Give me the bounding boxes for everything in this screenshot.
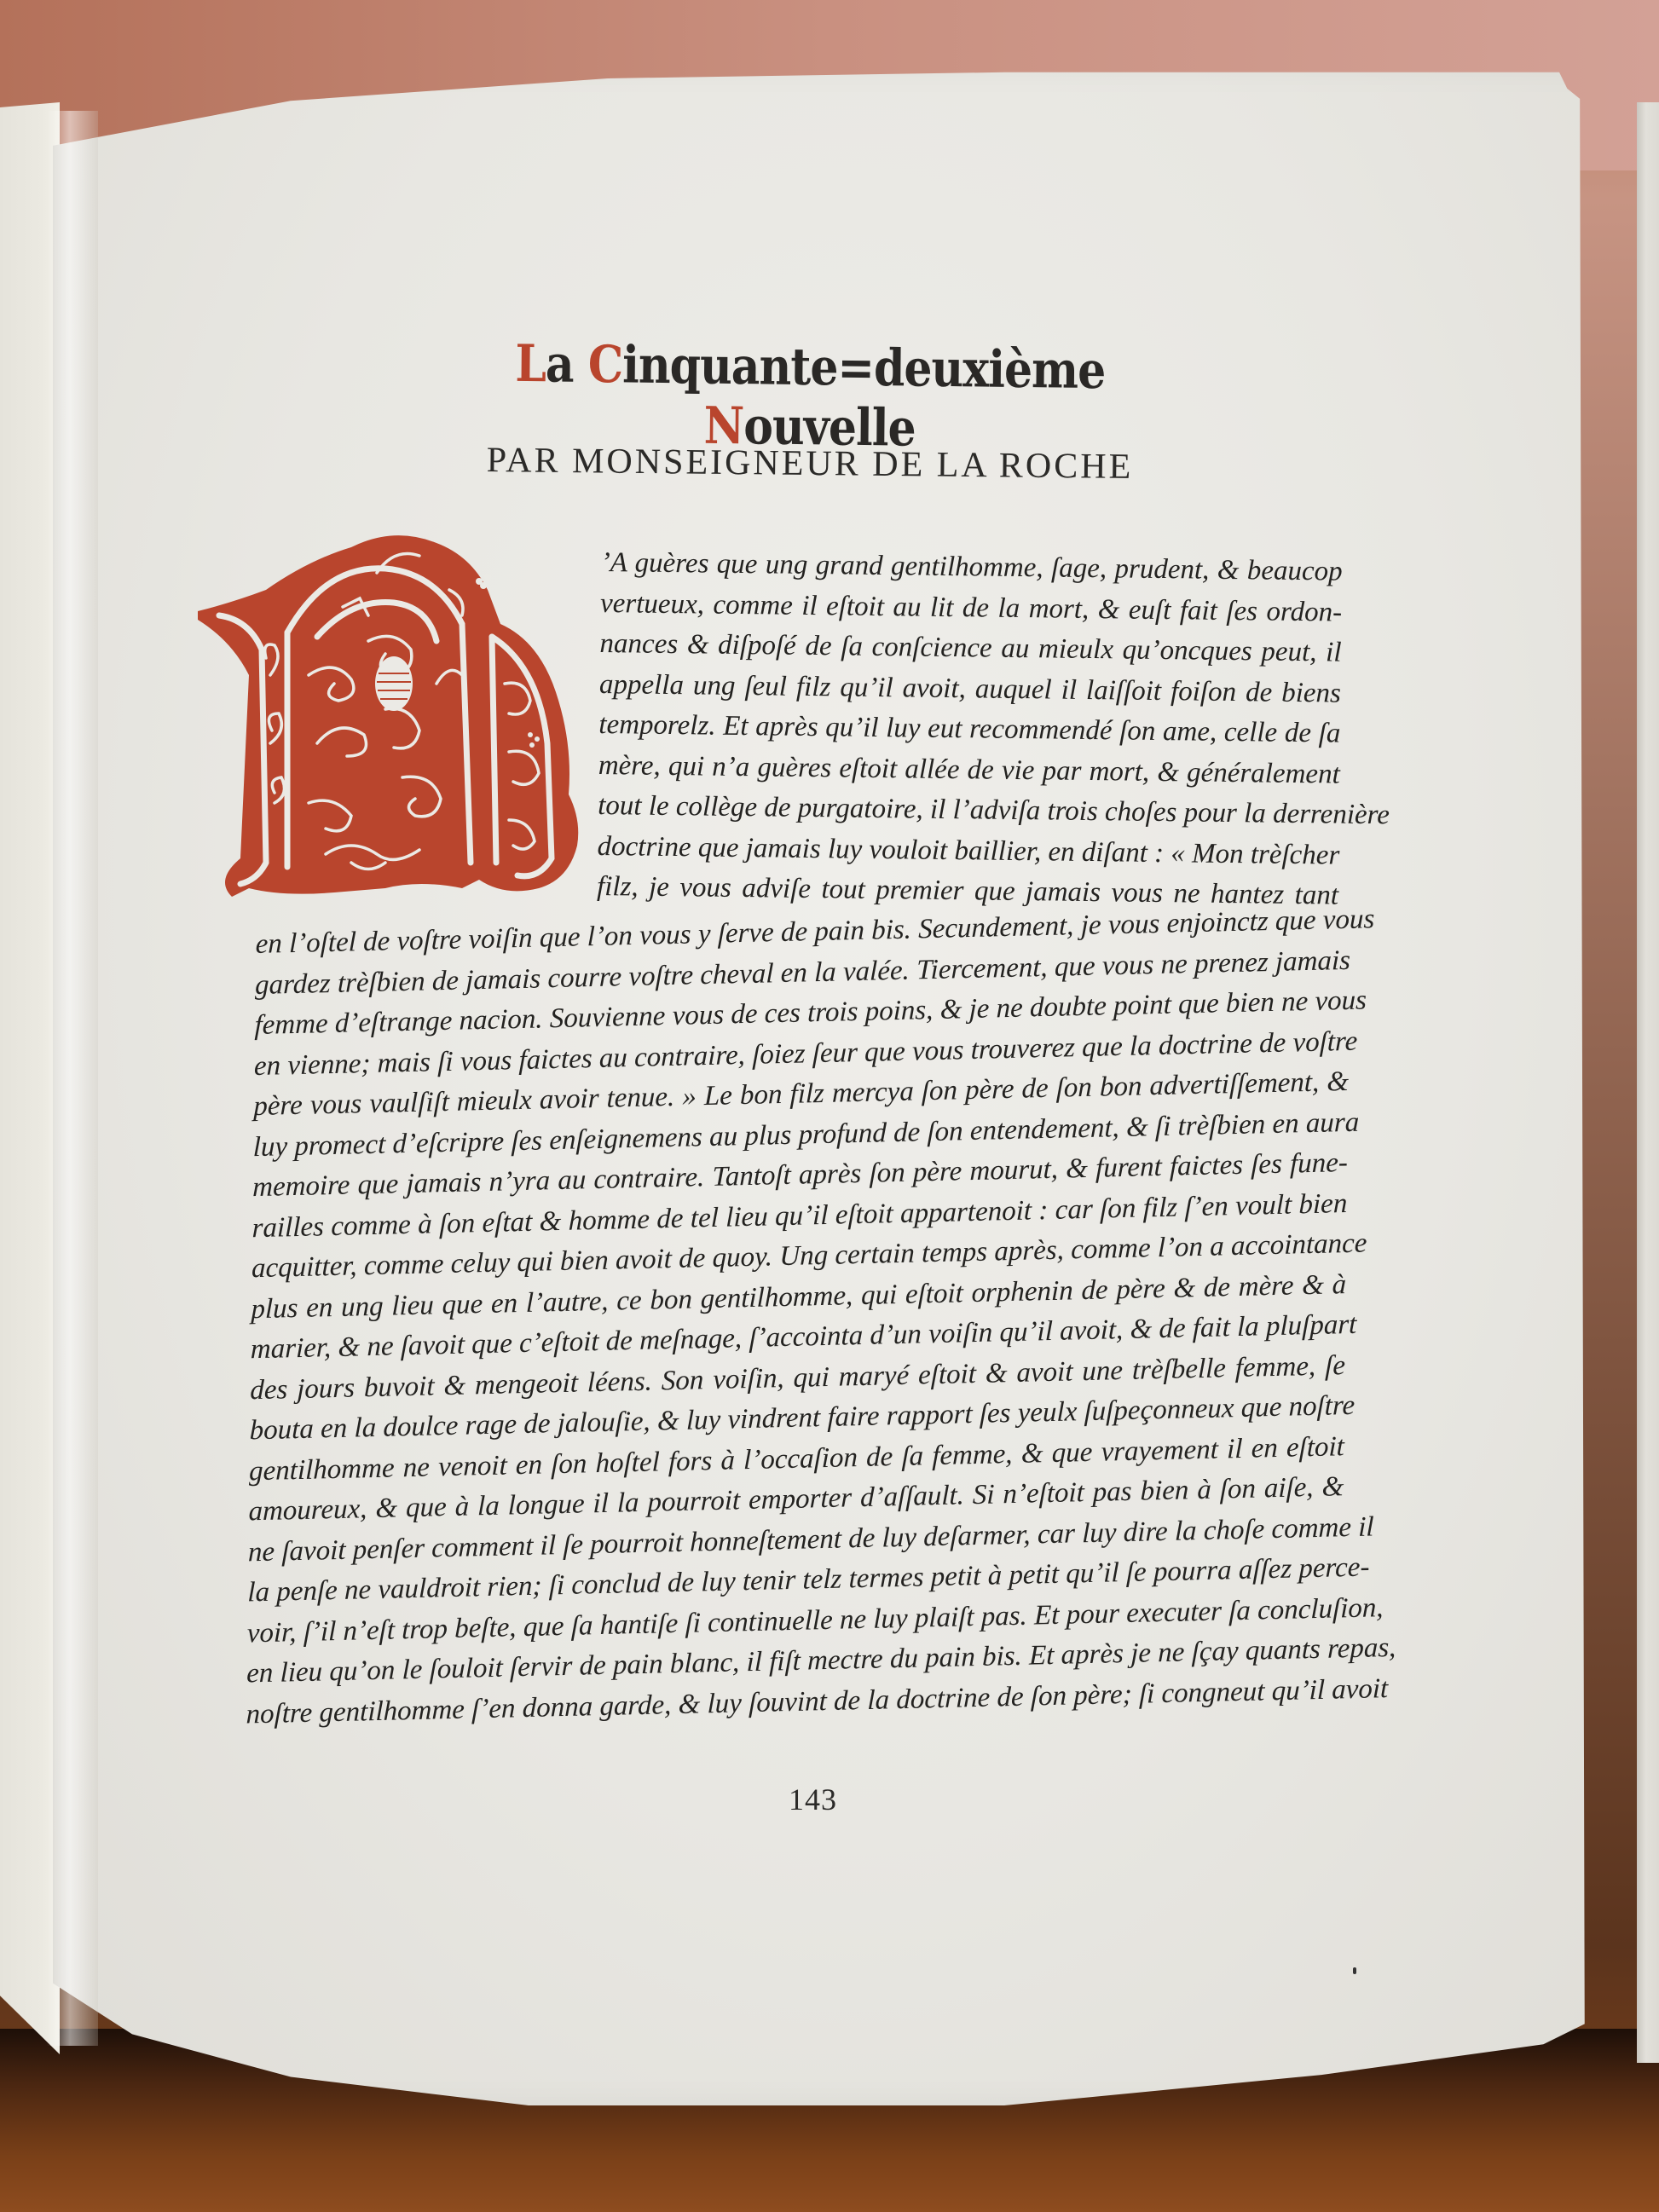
chapter-author: PAR MONSEIGNEUR DE LA ROCHE xyxy=(426,439,1194,488)
page-number: 143 xyxy=(789,1782,837,1817)
text-beside-initial: ’A guères que ung grand gentilhomme, ſag… xyxy=(597,543,1343,916)
ornate-drop-cap-n-icon xyxy=(181,522,590,905)
body-text: en l’oſtel de voſtre voiſin que l’on vou… xyxy=(246,900,1350,1736)
title-initial-c: C xyxy=(587,335,622,396)
title-part: inquante=deuxième xyxy=(622,335,1106,401)
book-gutter xyxy=(47,111,98,2046)
paper-speck xyxy=(1353,1967,1356,1974)
title-part: a xyxy=(546,334,588,395)
title-initial-l: L xyxy=(515,334,546,395)
right-page-stack-edge xyxy=(1637,102,1659,2063)
